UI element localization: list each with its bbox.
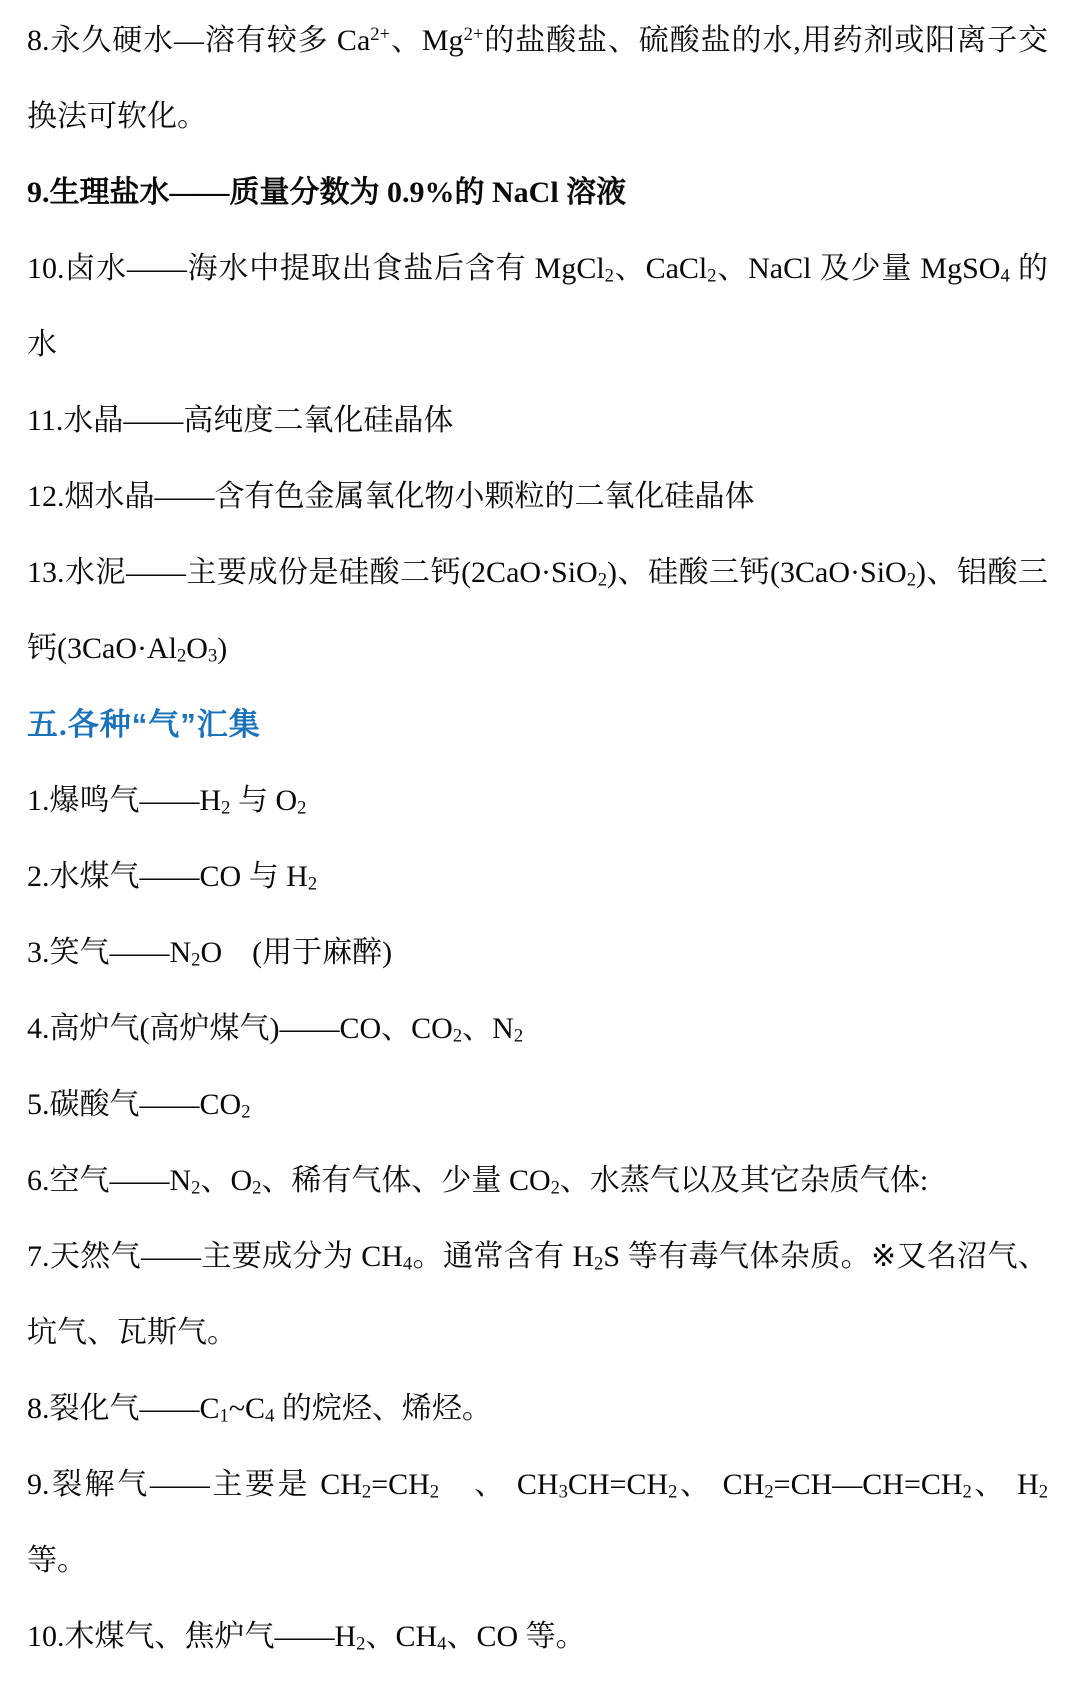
superscript: 2+: [464, 24, 484, 45]
latin-text: CH: [353, 1240, 403, 1273]
latin-text: ——: [141, 1240, 201, 1273]
gas-9-pyrolysis-gas: 9.裂解气——主要是 CH2=CH2 、 CH3CH=CH2、 CH2=CH—C…: [27, 1447, 1048, 1599]
latin-text: 7.: [27, 1240, 50, 1273]
latin-text: ——N: [110, 1164, 192, 1197]
subscript: 2: [356, 1633, 365, 1654]
latin-text: CH: [310, 1468, 362, 1501]
latin-text: 11.: [27, 404, 63, 437]
latin-text: 8.: [27, 1392, 50, 1425]
gas-4-blast-furnace-gas: 4.高炉气(高炉煤气)——CO、CO2、N2: [27, 991, 1048, 1067]
latin-text: ,: [793, 24, 801, 57]
latin-text: —: [174, 24, 204, 57]
latin-text: CH=CH: [568, 1468, 668, 1501]
subscript: 1: [220, 1405, 229, 1426]
gas-8-cracked-gas: 8.裂化气——C1~C4 的烷烃、烯烃。: [27, 1371, 1048, 1447]
latin-text: O: [268, 784, 297, 817]
latin-text: =CH: [371, 1468, 430, 1501]
latin-text: 9.: [27, 176, 50, 209]
latin-text: [1010, 252, 1018, 285]
latin-text: 9.: [27, 1468, 50, 1501]
gas-3-laughing-gas: 3.笑气——N2O (用于麻醉): [27, 915, 1048, 991]
subscript: 2: [362, 1481, 371, 1502]
subscript: 4: [1000, 265, 1009, 286]
latin-text: H: [279, 860, 308, 893]
subscript: 2: [1039, 1481, 1048, 1502]
item-13-cement: 13.水泥——主要成份是硅酸二钙(2CaO·SiO2)、硅酸三钙(3CaO·Si…: [27, 535, 1048, 687]
latin-text: Mg: [422, 24, 464, 57]
latin-text: O: [186, 632, 208, 665]
latin-text: 10.: [27, 1620, 65, 1653]
latin-text: [230, 784, 238, 817]
latin-text: N: [492, 1012, 514, 1045]
latin-text: CO: [411, 1012, 453, 1045]
latin-text: (: [252, 936, 262, 969]
latin-text: ——: [170, 176, 230, 209]
latin-text: CH: [713, 1468, 765, 1501]
document-page: 8.永久硬水—溶有较多 Ca2+、Mg2+的盐酸盐、硫酸盐的水,用药剂或阳离子交…: [0, 0, 1080, 1695]
latin-text: MgCl: [526, 252, 604, 285]
latin-text: 1.: [27, 784, 50, 817]
subscript: 4: [265, 1405, 274, 1426]
latin-text: O: [230, 1164, 252, 1197]
latin-text: MgSO: [912, 252, 1000, 285]
latin-text: NaCl: [748, 252, 820, 285]
latin-text: ——: [126, 556, 186, 589]
latin-text: ——: [123, 404, 183, 437]
superscript: 2+: [370, 24, 390, 45]
latin-text: H: [564, 1240, 594, 1273]
latin-text: (3CaO·SiO: [770, 556, 907, 589]
latin-text: H: [1007, 1468, 1039, 1501]
subscript: 2: [707, 265, 716, 286]
subscript: 2: [514, 1025, 523, 1046]
latin-text: :: [920, 1164, 928, 1197]
subscript: 2: [252, 1177, 261, 1198]
latin-text: CO: [501, 1164, 550, 1197]
latin-text: (: [140, 1012, 150, 1045]
latin-text: ——CO: [140, 1088, 242, 1121]
latin-text: CaCl: [646, 252, 708, 285]
item-10-brine: 10.卤水——海水中提取出食盐后含有 MgCl2、CaCl2、NaCl 及少量 …: [27, 231, 1048, 383]
latin-text: 13.: [27, 556, 65, 589]
subscript: 4: [437, 1633, 446, 1654]
latin-text: 2.: [27, 860, 50, 893]
latin-text: 3.: [27, 936, 50, 969]
latin-text: 10.: [27, 252, 65, 285]
gas-2-water-gas: 2.水煤气——CO 与 H2: [27, 839, 1048, 915]
latin-text: O: [200, 936, 222, 969]
subscript: 2: [453, 1025, 462, 1046]
subscript: 2: [430, 1481, 439, 1502]
subscript: 2: [297, 797, 306, 818]
gas-6-air: 6.空气——N2、O2、稀有气体、少量 CO2、水蒸气以及其它杂质气体:: [27, 1143, 1048, 1219]
gas-7-natural-gas: 7.天然气——主要成分为 CH4。通常含有 H2S 等有毒气体杂质。※又名沼气、…: [27, 1219, 1048, 1371]
latin-text: (2CaO·SiO: [461, 556, 598, 589]
item-11-crystal: 11.水晶——高纯度二氧化硅晶体: [27, 383, 1048, 459]
section-heading-gases: 五.各种“气”汇集: [27, 687, 1048, 763]
subscript: 2: [605, 265, 614, 286]
subscript: 2: [963, 1481, 972, 1502]
latin-text: Ca: [329, 24, 371, 57]
latin-text: )——CO: [270, 1012, 382, 1045]
latin-text: ): [916, 556, 926, 589]
subscript: 3: [559, 1481, 568, 1502]
latin-text: 4.: [27, 1012, 50, 1045]
document-body: 8.永久硬水—溶有较多 Ca2+、Mg2+的盐酸盐、硫酸盐的水,用药剂或阳离子交…: [27, 3, 1048, 1675]
subscript: 2: [177, 645, 186, 666]
subscript: 2: [594, 1253, 603, 1274]
latin-text: ——H: [275, 1620, 357, 1653]
latin-text: ): [217, 632, 227, 665]
latin-text: ——: [127, 252, 187, 285]
latin-text: ): [382, 936, 392, 969]
gas-10-wood-gas: 10.木煤气、焦炉气——H2、CH4、CO 等。: [27, 1599, 1048, 1675]
latin-text: CH: [507, 1468, 559, 1501]
latin-text: ——C: [140, 1392, 220, 1425]
subscript: 2: [241, 1101, 250, 1122]
subscript: 2: [668, 1481, 677, 1502]
latin-text: (3CaO·Al: [57, 632, 177, 665]
item-12-smoky-quartz: 12.烟水晶——含有色金属氧化物小颗粒的二氧化硅晶体: [27, 459, 1048, 535]
gas-5-carbonic-acid-gas: 5.碳酸气——CO2: [27, 1067, 1048, 1143]
latin-text: ——N: [110, 936, 192, 969]
latin-text: CO: [476, 1620, 525, 1653]
subscript: 2: [308, 873, 317, 894]
latin-text: 6.: [27, 1164, 50, 1197]
subscript: 2: [598, 569, 607, 590]
latin-text: ——CO: [140, 860, 249, 893]
latin-text: 8.: [27, 24, 50, 57]
latin-text: ——: [155, 480, 215, 513]
latin-text: =CH—CH=CH: [774, 1468, 963, 1501]
latin-text: 5.: [27, 1088, 50, 1121]
latin-text: ——: [150, 1468, 210, 1501]
subscript: 2: [551, 1177, 560, 1198]
gas-1-oxyhydrogen: 1.爆鸣气——H2 与 O2: [27, 763, 1048, 839]
item-8-permanent-hard-water: 8.永久硬水—溶有较多 Ca2+、Mg2+的盐酸盐、硫酸盐的水,用药剂或阳离子交…: [27, 3, 1048, 155]
subscript: 3: [208, 645, 217, 666]
latin-text: .: [59, 707, 68, 742]
latin-text: CH: [395, 1620, 437, 1653]
latin-text: [274, 1392, 282, 1425]
latin-text: ): [607, 556, 617, 589]
latin-text: ~C: [229, 1392, 265, 1425]
page: { "page": { "background": "#ffffff", "te…: [0, 0, 1080, 1695]
subscript: 2: [907, 569, 916, 590]
latin-text: S: [603, 1240, 628, 1273]
latin-text: 0.9%: [380, 176, 455, 209]
subscript: 4: [403, 1253, 412, 1274]
subscript: 2: [191, 1177, 200, 1198]
latin-text: ——H: [140, 784, 222, 817]
subscript: 2: [764, 1481, 773, 1502]
latin-text: NaCl: [485, 176, 567, 209]
item-9-saline-solution: 9.生理盐水——质量分数为 0.9%的 NaCl 溶液: [27, 155, 1048, 231]
latin-text: 12.: [27, 480, 65, 513]
